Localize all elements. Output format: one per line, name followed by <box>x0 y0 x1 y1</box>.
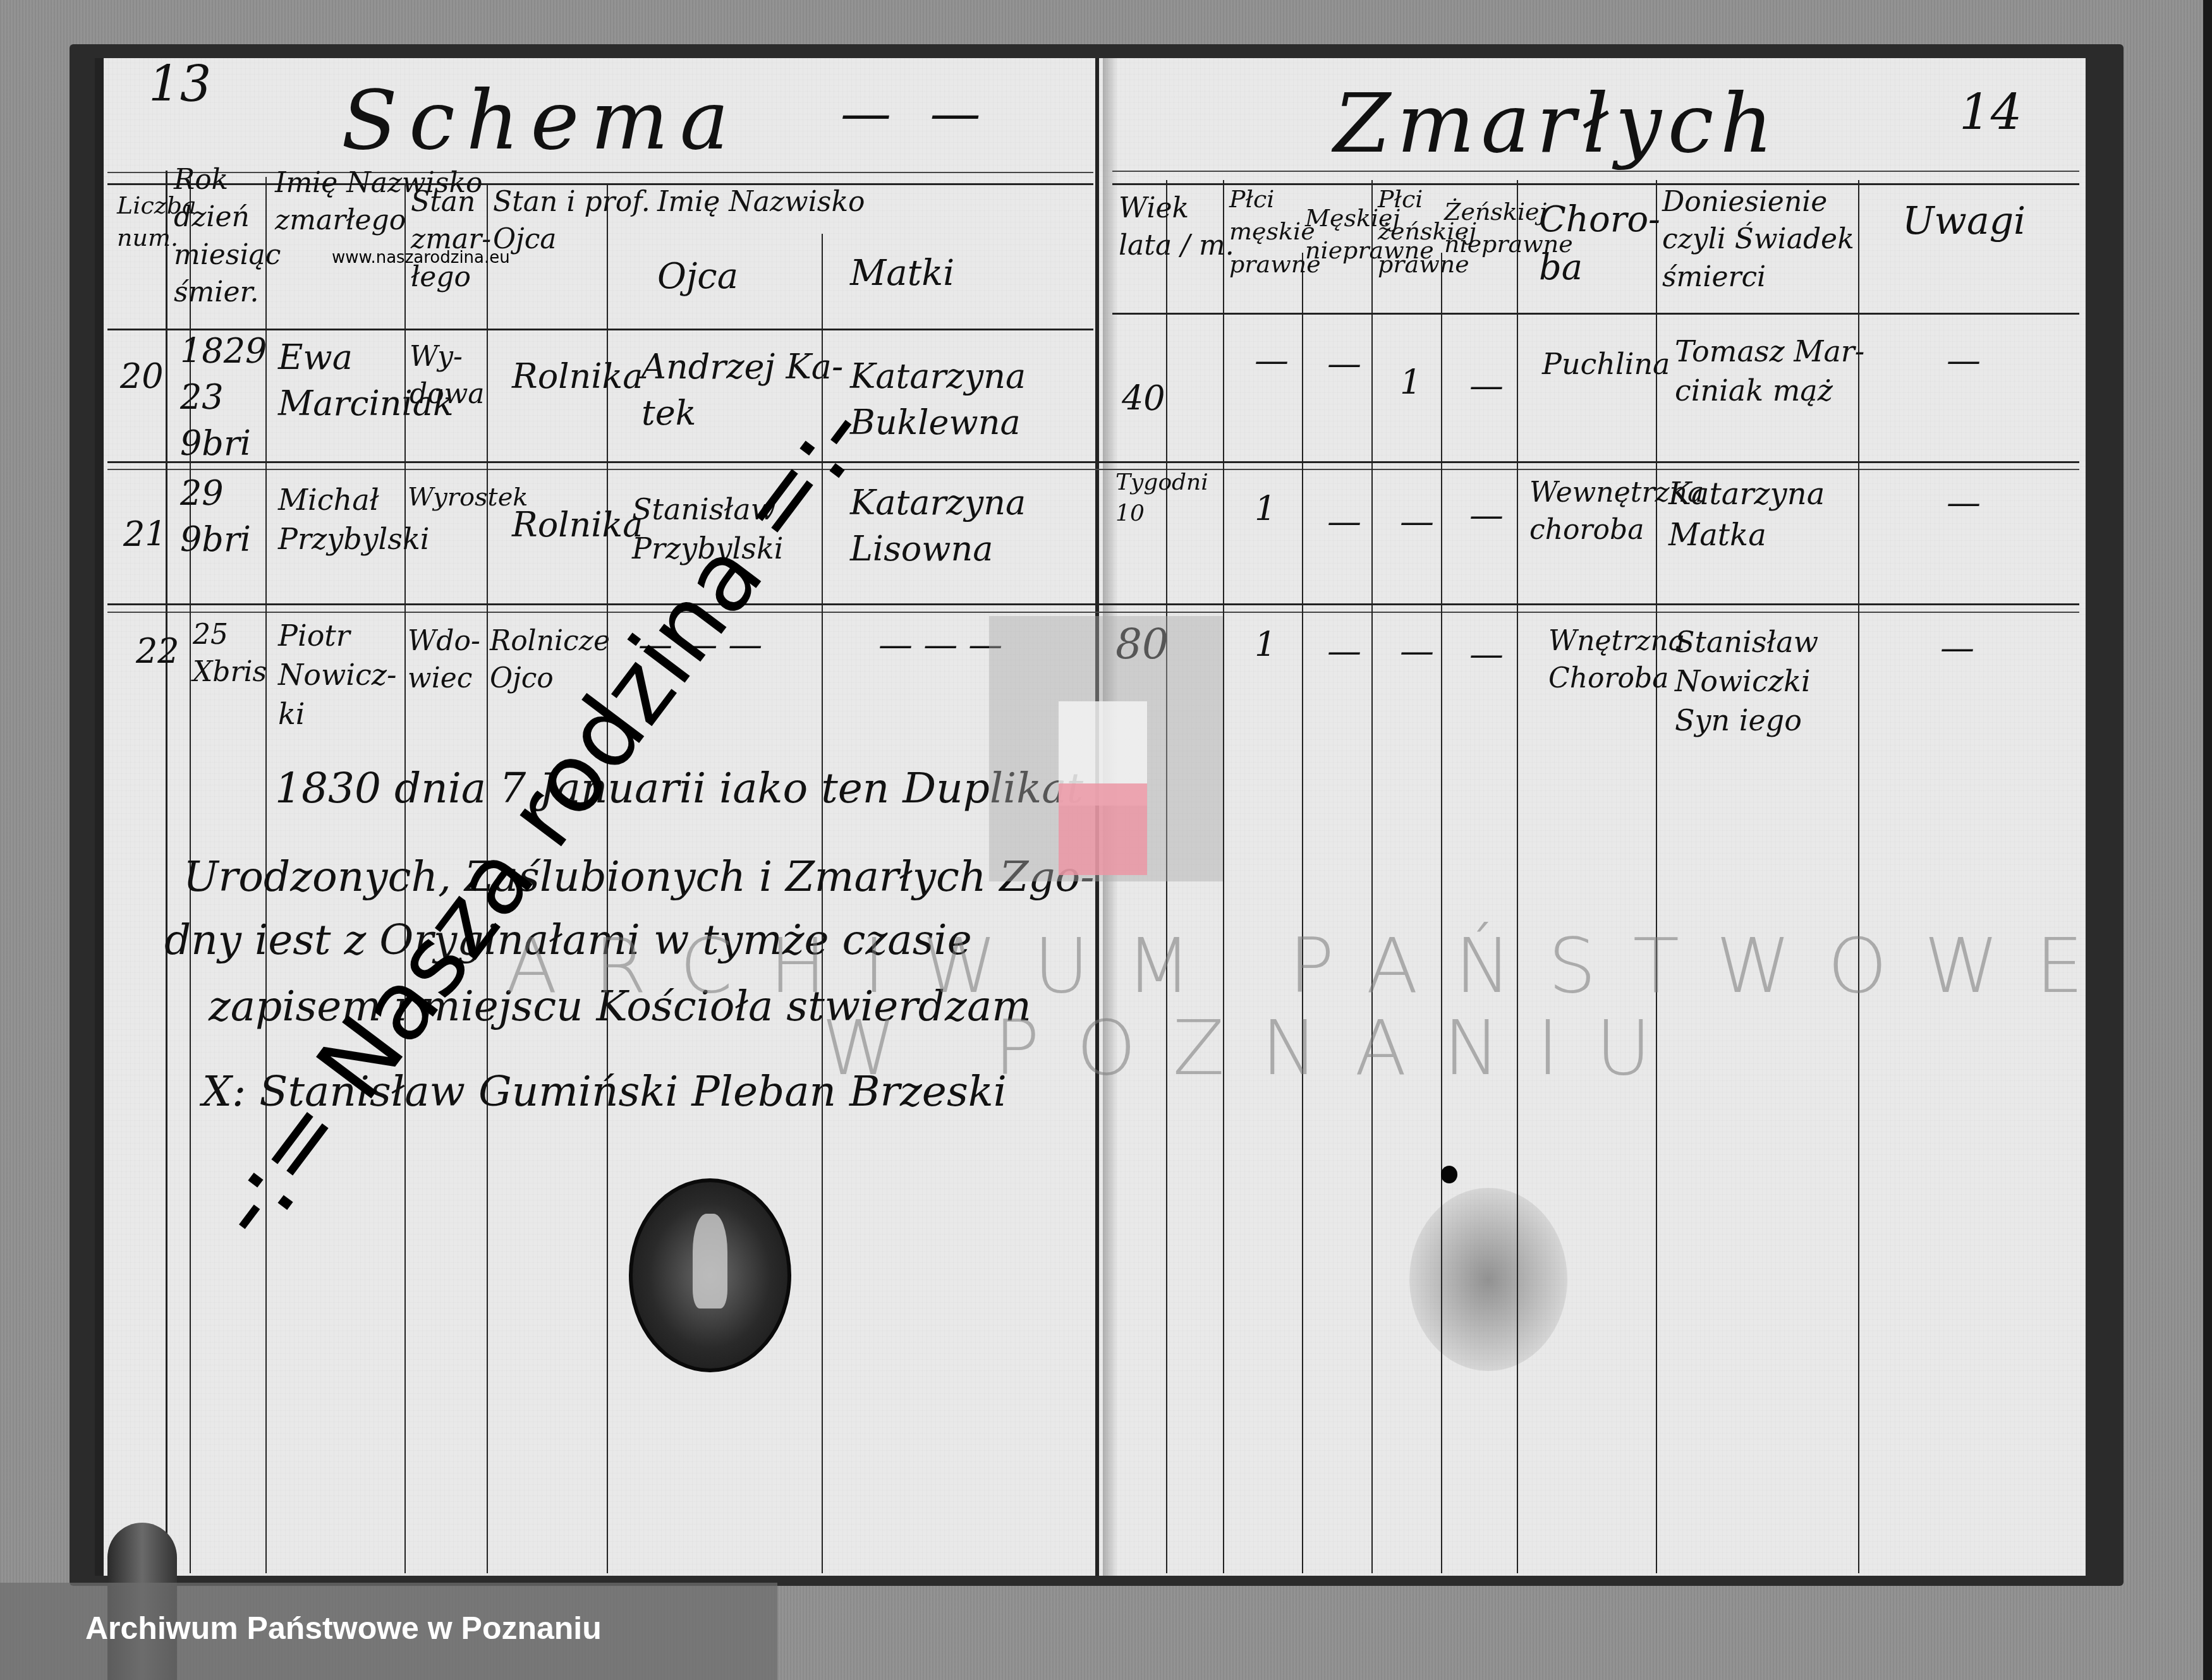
right-page-number: 14 <box>1959 88 2022 138</box>
archive-watermark-line1: ARCHIWUM PAŃSTWOWE <box>506 922 2120 1010</box>
entry-disease: Wnętrzna Choroba <box>1548 622 1685 698</box>
entry-number: 22 <box>136 629 179 675</box>
certification-line: 1830 dnia 7 Januarii iako ten Duplikat <box>275 768 1083 809</box>
header-disease: Choro- ba <box>1539 196 1660 291</box>
entry-male-legit: 1 <box>1255 622 1276 668</box>
entry-witness: Katarzyna Matka <box>1668 474 1825 556</box>
entry-witness: Tomasz Mar- ciniak mąż <box>1675 332 1864 410</box>
entry-mother: Katarzyna Buklewna <box>850 354 1026 446</box>
entry-witness: Stanisław Nowiczki Syn iego <box>1675 622 1818 740</box>
entry-status: Wyrostek <box>408 480 528 514</box>
entry-female-illegit: — <box>1469 363 1504 409</box>
entry-age: 40 <box>1122 376 1165 422</box>
wax-seal-icon <box>629 1178 791 1372</box>
column-line <box>1223 180 1224 1573</box>
header-parents-group: Imię Nazwisko <box>657 183 865 221</box>
column-line <box>1371 180 1373 1573</box>
entry-female-legit: 1 <box>1400 360 1421 406</box>
ink-blot <box>1441 1166 1457 1183</box>
entry-age: Tygodni 10 <box>1115 468 1208 529</box>
column-line <box>1656 180 1657 1573</box>
header-status: Stan zmar- łego <box>411 183 491 296</box>
archive-logo-red <box>1059 783 1147 875</box>
entry-male-illegit: — <box>1327 341 1361 387</box>
entry-number: 21 <box>123 512 167 558</box>
header-father: Ojca <box>657 253 738 301</box>
entry-number: 20 <box>120 354 164 400</box>
entry-date: 29 9bri <box>180 471 251 563</box>
seal-bleed-through <box>1409 1188 1567 1371</box>
header-remarks: Uwagi <box>1902 196 2026 247</box>
entry-date: 1829 23 9bri <box>180 329 267 467</box>
site-url-watermark: www.naszarodzina.eu <box>332 248 510 267</box>
entry-female-legit: — <box>1400 629 1434 675</box>
rule <box>1112 171 2079 172</box>
entry-name: Piotr Nowicz- ki <box>278 616 397 734</box>
rule <box>107 603 2079 605</box>
certification-line: Urodzonych, Zaślubionych i Zmarłych Zgo- <box>183 856 1095 898</box>
entry-female-legit: — <box>1400 499 1434 545</box>
column-line <box>1441 253 1442 1573</box>
entry-father-status: Rolnika <box>512 502 643 548</box>
header-mother: Matki <box>850 250 954 298</box>
column-line <box>166 171 167 1573</box>
title-dashes: — — <box>841 88 992 139</box>
column-line <box>1302 253 1303 1573</box>
entry-status: Wdo- wiec <box>408 622 480 698</box>
entry-male-illegit: — <box>1327 499 1361 545</box>
header-age: Wiek lata / m. <box>1119 190 1234 265</box>
entry-disease: Puchlina <box>1542 344 1670 384</box>
rule <box>107 469 2079 470</box>
entry-male-illegit: — <box>1327 629 1361 675</box>
entry-male-legit: — <box>1255 338 1289 384</box>
entry-remarks: — <box>1947 480 1981 526</box>
entry-mother: Katarzyna Lisowna <box>850 480 1026 572</box>
entry-name: Michał Przybylski <box>278 480 430 559</box>
header-witness: Doniesienie czyli Świadek śmierci <box>1662 183 1854 296</box>
scan-edge <box>2203 0 2212 1680</box>
archive-watermark-line2: W POZNANIU <box>822 1005 1688 1092</box>
rule <box>107 612 2079 613</box>
entry-remarks: — <box>1947 338 1981 384</box>
left-page-number: 13 <box>149 60 211 109</box>
entry-male-legit: 1 <box>1255 486 1276 533</box>
title-right: Zmarłych <box>1334 82 1779 164</box>
header-father-status: Stan i prof. Ojca <box>493 183 650 258</box>
title-left: Schema <box>341 79 740 161</box>
rule <box>1112 313 2079 315</box>
rule <box>107 461 2079 463</box>
entry-father-status: Rolnika <box>512 354 643 400</box>
entry-status: Wy- dowa <box>410 338 485 413</box>
entry-remarks: — <box>1940 625 1974 672</box>
archive-credit: Archiwum Państwowe w Poznaniu <box>85 1610 602 1647</box>
entry-female-illegit: — <box>1469 632 1504 678</box>
entry-female-illegit: — <box>1469 493 1504 539</box>
entry-mother: — — — <box>878 622 1002 668</box>
header-date: Rok dzień miesiąc śmier. <box>174 161 281 311</box>
entry-date: 25 Xbris <box>193 616 267 691</box>
